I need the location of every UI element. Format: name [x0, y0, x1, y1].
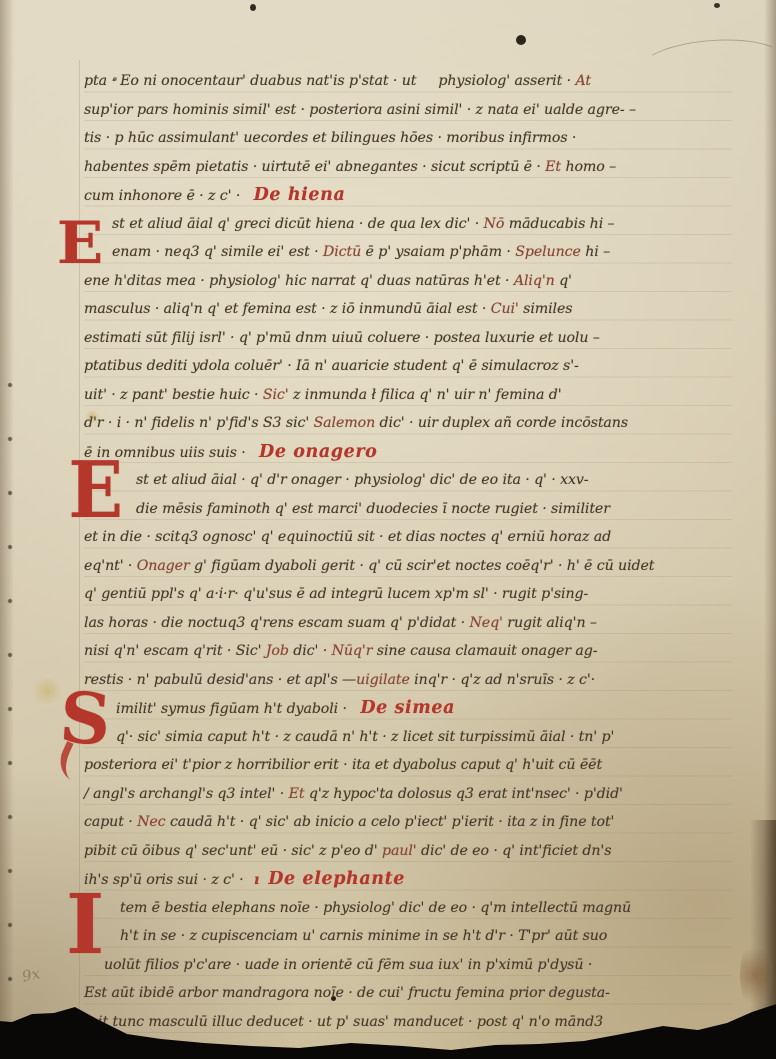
text-block: pta · Eo ni onocentaur' duabus nat'is p'…: [84, 67, 732, 1036]
text-line: q'· sic' simia caput h't · z caudā n' h'…: [84, 723, 732, 752]
text-line: ē in omnibus uiis suis · De onagero: [84, 438, 732, 467]
text-line: posteriora ei' t'pior z horribilior erit…: [84, 751, 732, 780]
chapter-heading-onagero: De onagero: [259, 442, 377, 462]
text-line: tis · p hūc assimulant' uecordes et bili…: [84, 124, 732, 153]
text-line: restis · n' pabulū desid'ans · et apl's …: [84, 666, 732, 695]
text-line: eq'nt' · Onager g' figūam dyaboli gerit …: [84, 552, 732, 581]
pricking-holes: [6, 380, 16, 990]
pencil-mark: 9x: [20, 964, 41, 985]
stain: [740, 940, 770, 1010]
text-line: et in die · scitq3 ognosc' q' equinoctiū…: [84, 523, 732, 552]
text-line: uolūt filios p'c'are · uade in orientē c…: [84, 951, 732, 980]
text-line: cum inhonore ē · z c' · De hiena: [84, 181, 732, 210]
text-line: estimati sūt filij isrl' · q' p'mū dnm u…: [84, 324, 732, 353]
ink-speck: [714, 3, 720, 8]
chapter-heading-elephante: De elephante: [268, 869, 405, 889]
text-line: die mēsis faminoth q' est marci' duodeci…: [84, 495, 732, 524]
text-line: enam · neq3 q' simile ei' est · Dictū ē …: [84, 238, 732, 267]
rubric-paraph: ı: [254, 872, 259, 888]
text-line: las horas · die noctuq3 q'rens escam sua…: [84, 609, 732, 638]
stain: [30, 678, 64, 704]
text-line: habentes spēm pietatis · uirtutē ei' abn…: [84, 153, 732, 182]
text-line: it tunc masculū illuc deducet · ut p' su…: [84, 1008, 732, 1037]
manuscript-photo: 9x E E S I pta · Eo ni onocentaur' duabu…: [0, 0, 776, 1059]
text-line: ene h'ditas mea · physiolog' hic narrat …: [84, 267, 732, 296]
ink-speck: [250, 4, 256, 11]
text-line: / angl's archangl's q3 intel' · Et q'z h…: [84, 780, 732, 809]
text-line: tem ē bestia elephans noīe · physiolog' …: [84, 894, 732, 923]
text-line: q' gentiū ppl's q' a·i·r· q'u'sus ē ad i…: [84, 580, 732, 609]
text-line: st et aliud āial · q' d'r onager · physi…: [84, 466, 732, 495]
text-line: d'r · i · n' fidelis n' p'fid's S3 sic' …: [84, 409, 732, 438]
manuscript-page: 9x E E S I pta · Eo ni onocentaur' duabu…: [0, 0, 776, 1059]
text-line: pta · Eo ni onocentaur' duabus nat'is p'…: [84, 67, 732, 96]
text-line: nisi q'n' escam q'rit · Sic' Job dic' · …: [84, 637, 732, 666]
text-line: imilit' symus figūam h't dyaboli · De si…: [84, 694, 732, 723]
chapter-heading-simea: De simea: [360, 698, 455, 718]
text-line: ih's sp'ū oris sui · z c' · ıDe elephant…: [84, 865, 732, 894]
wormhole-dot: [516, 35, 526, 45]
text-line: h't in se · z cupiscenciam u' carnis min…: [84, 922, 732, 951]
text-line: uit' · z pant' bestie huic · Sic' z inmu…: [84, 381, 732, 410]
text-line: sup'ior pars hominis simil' est · poster…: [84, 96, 732, 125]
text-line: pibit cū ōibus q' sec'unt' eū · sic' z p…: [84, 837, 732, 866]
text-line: Est aūt ibidē arbor mandragora noīe · de…: [84, 979, 732, 1008]
text-line: ptatibus dediti ydola coluēr' · Iā n' au…: [84, 352, 732, 381]
chapter-heading-hiena: De hiena: [254, 185, 346, 205]
text-line: masculus · aliq'n q' et femina est · z i…: [84, 295, 732, 324]
text-line: st et aliud āial q' greci dicūt hiena · …: [84, 210, 732, 239]
text-line: caput · Nec caudā h't · q' sic' ab inici…: [84, 808, 732, 837]
